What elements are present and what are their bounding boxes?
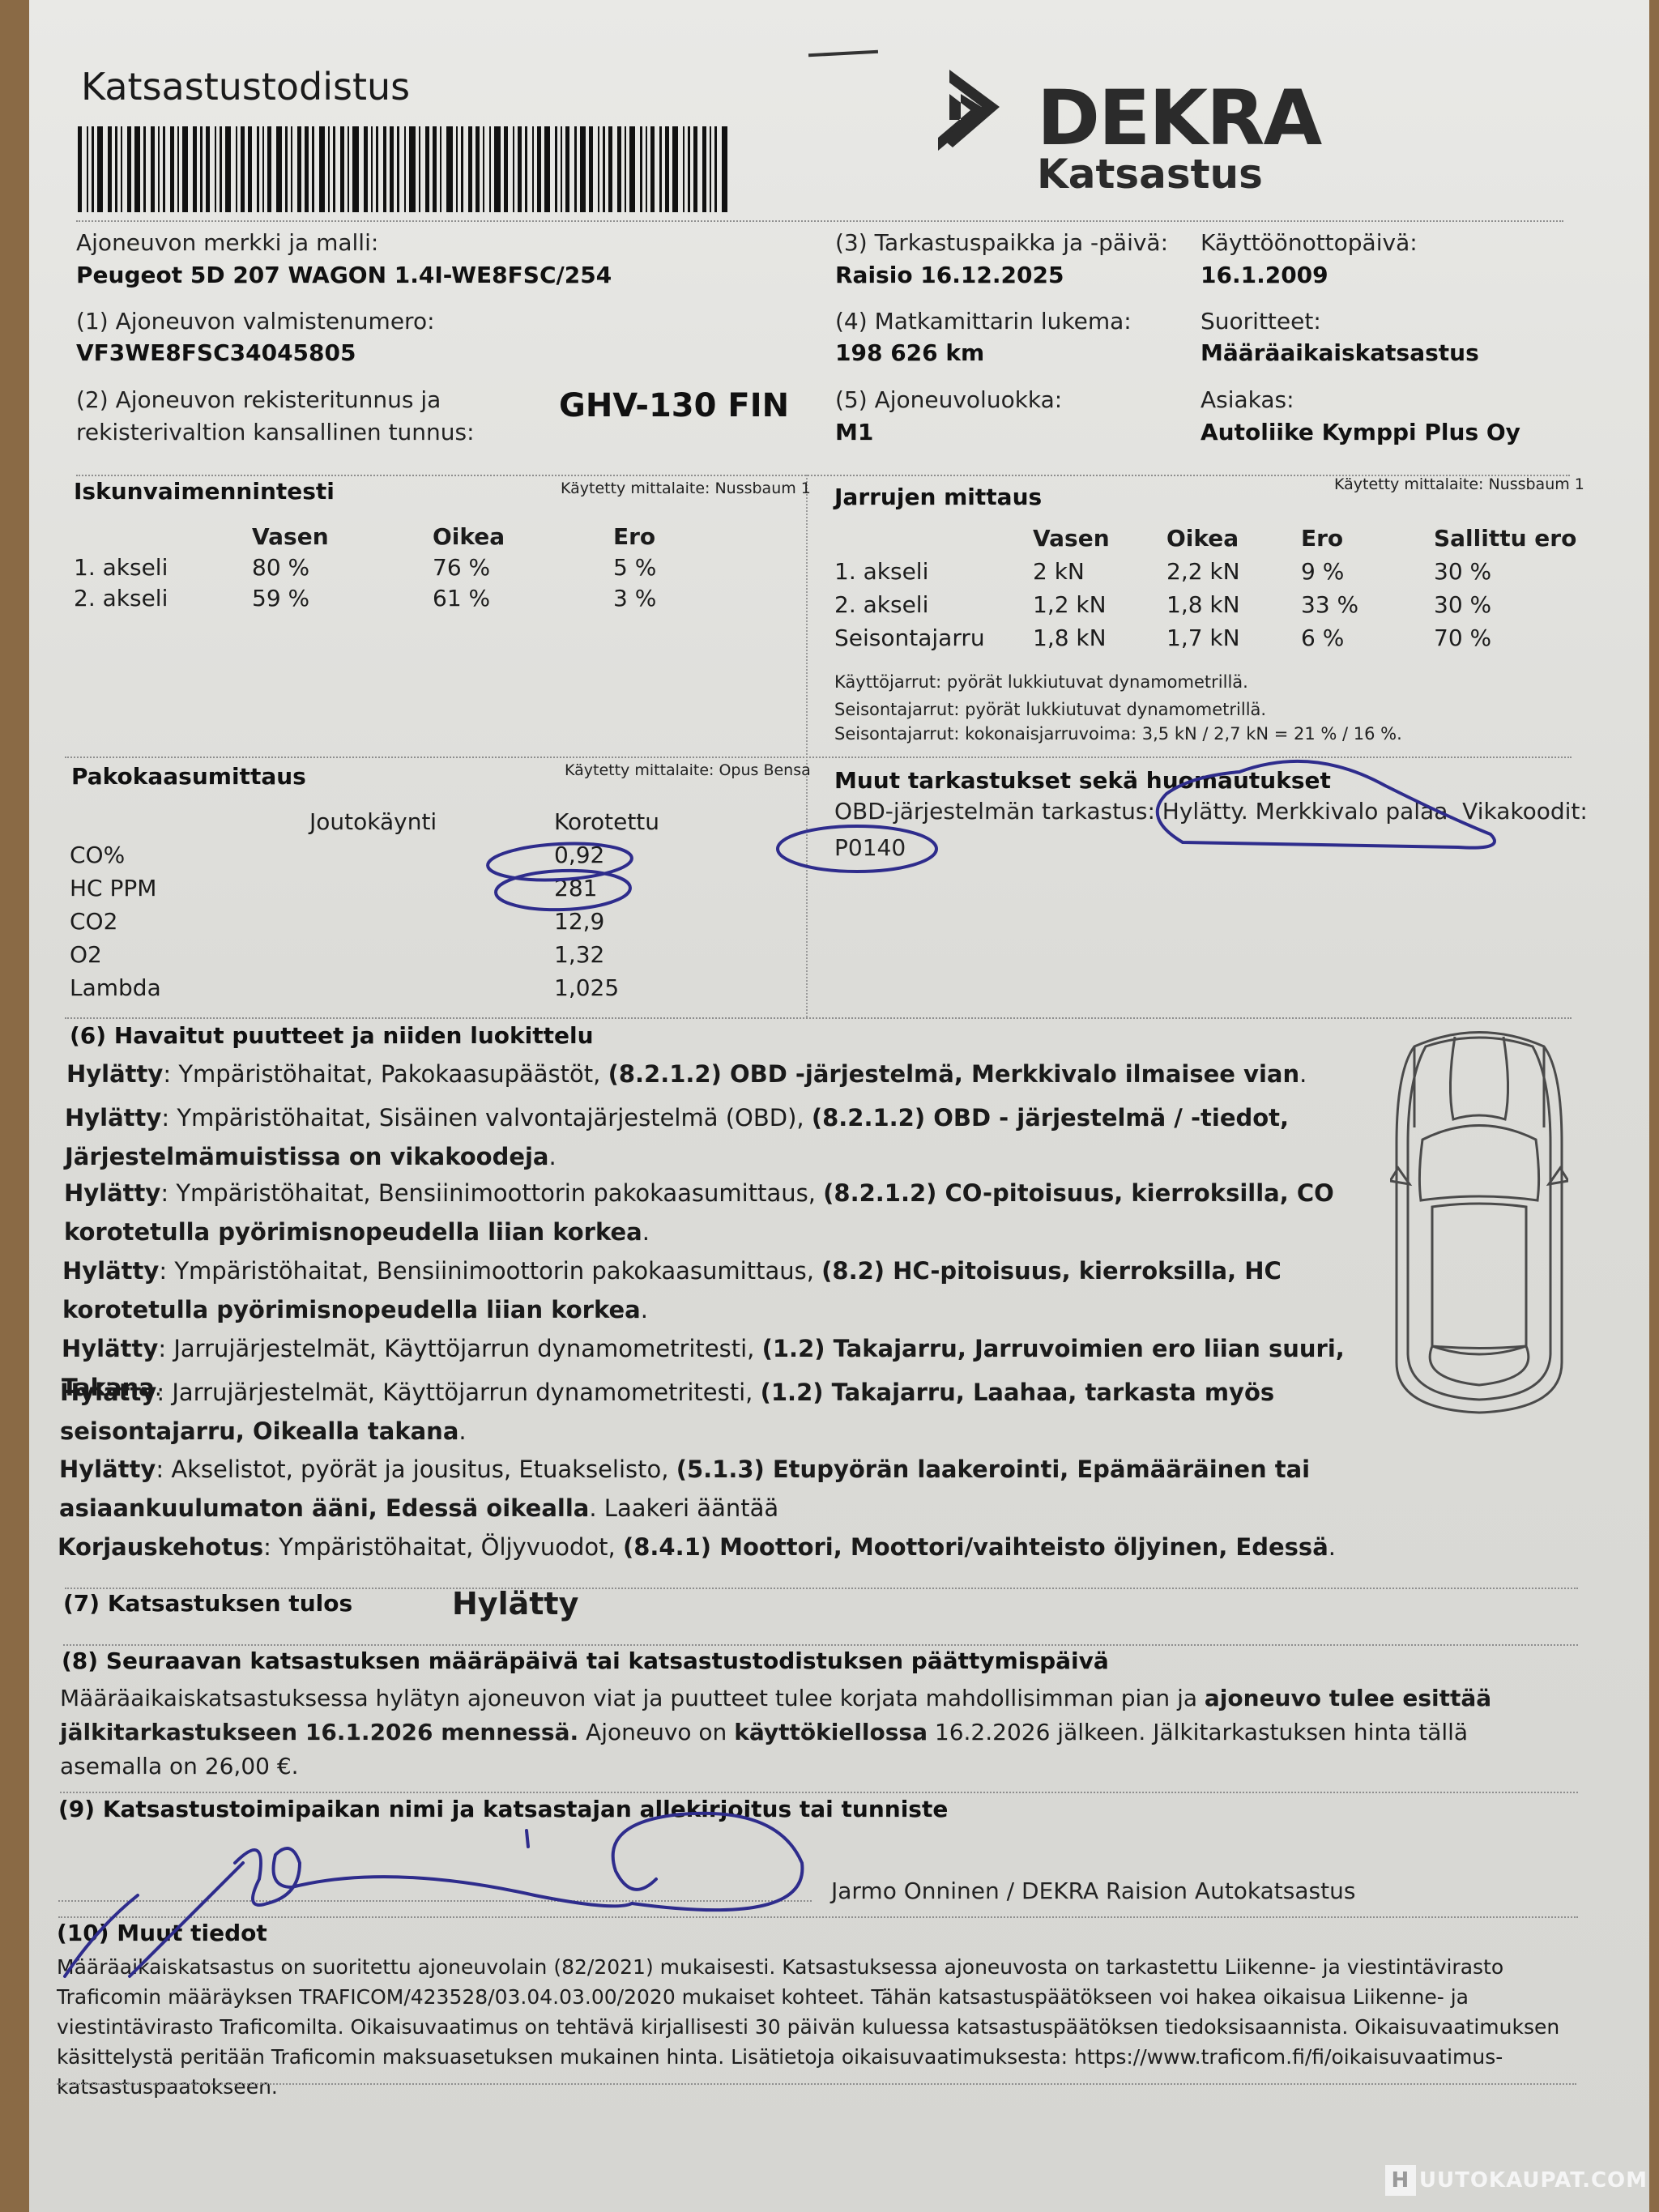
watermark: H UUTOKAUPAT.COM (1385, 2165, 1648, 2196)
watermark-text: UUTOKAUPAT.COM (1419, 2168, 1648, 2193)
handwritten-annotations (0, 0, 1659, 2212)
watermark-logo-icon: H (1385, 2165, 1416, 2196)
